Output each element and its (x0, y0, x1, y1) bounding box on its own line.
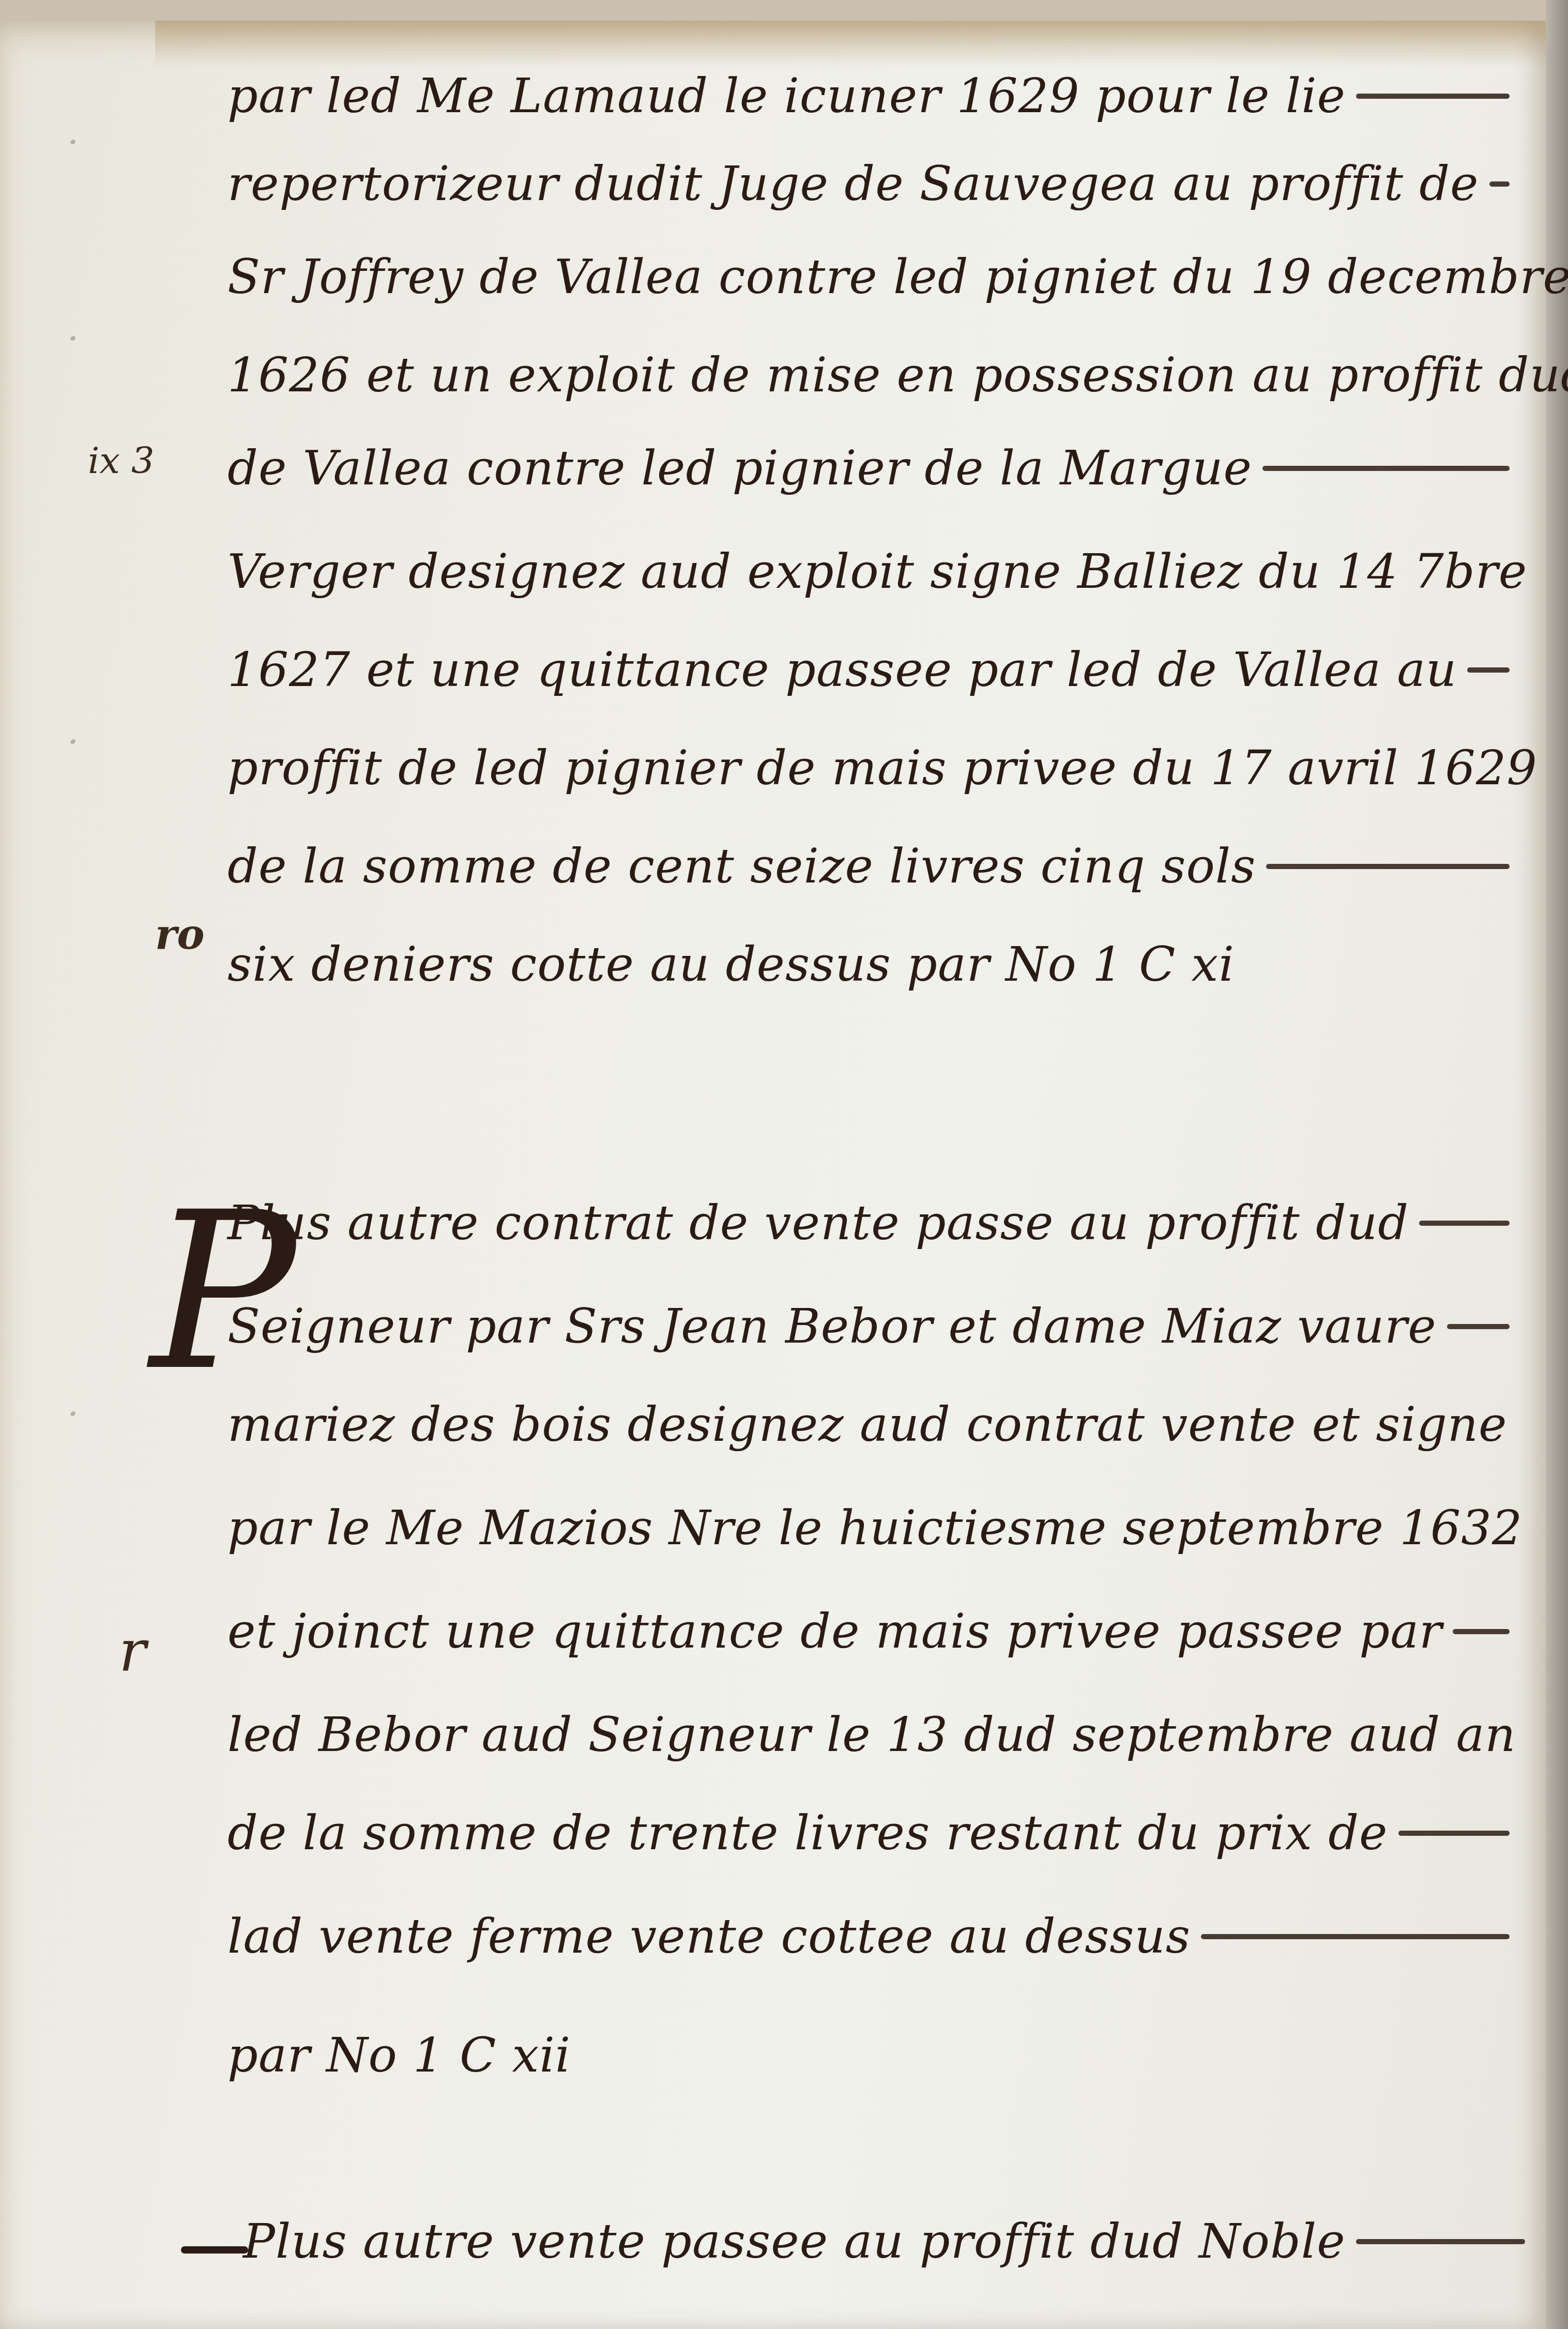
manuscript-line: proffit de led pignier de mais privee du… (227, 744, 1510, 792)
leading-dash (181, 2246, 248, 2254)
manuscript-line: Plus autre contrat de vente passe au pro… (227, 1199, 1510, 1247)
manuscript-line: 1626 et un exploit de mise en possession… (227, 352, 1510, 399)
manuscript-line: de la somme de trente livres restant du … (227, 1809, 1510, 1857)
manuscript-line: led Bebor aud Seigneur le 13 dud septemb… (227, 1711, 1510, 1759)
bleed-through-mark: · (67, 1396, 79, 1432)
manuscript-line: repertorizeur dudit Juge de Sauvegea au … (227, 160, 1510, 208)
water-stain (155, 21, 1546, 67)
margin-note: r (119, 1618, 146, 1684)
manuscript-line: par No 1 C xii (227, 2032, 1510, 2079)
bleed-through-mark: · (67, 321, 79, 357)
manuscript-line: par led Me Lamaud le icuner 1629 pour le… (227, 72, 1510, 120)
bleed-through-mark: · (67, 124, 79, 160)
margin-note: ix 3 (88, 439, 155, 482)
manuscript-line: Verger designez aud exploit signe Ballie… (227, 548, 1510, 596)
manuscript-line: mariez des bois designez aud contrat ven… (227, 1401, 1510, 1449)
manuscript-line: 1627 et une quittance passee par led de … (227, 646, 1510, 694)
manuscript-line: Plus autre vente passee au proffit dud N… (243, 2218, 1525, 2265)
manuscript-line: et joinct une quittance de mais privee p… (227, 1608, 1510, 1655)
manuscript-line: Sr Joffrey de Vallea contre led pigniet … (227, 253, 1510, 301)
manuscript-line: par le Me Mazios Nre le huictiesme septe… (227, 1504, 1510, 1552)
manuscript-line: six deniers cotte au dessus par No 1 C x… (227, 941, 1510, 988)
manuscript-line: lad vente ferme vente cottee au dessus (227, 1913, 1510, 1960)
margin-note: ro (155, 910, 205, 958)
manuscript-line: Seigneur par Srs Jean Bebor et dame Miaz… (227, 1303, 1510, 1350)
bleed-through-mark: · (67, 724, 79, 760)
manuscript-line: de la somme de cent seize livres cinq so… (227, 843, 1510, 890)
manuscript-line: de Vallea contre led pignier de la Margu… (227, 445, 1510, 492)
